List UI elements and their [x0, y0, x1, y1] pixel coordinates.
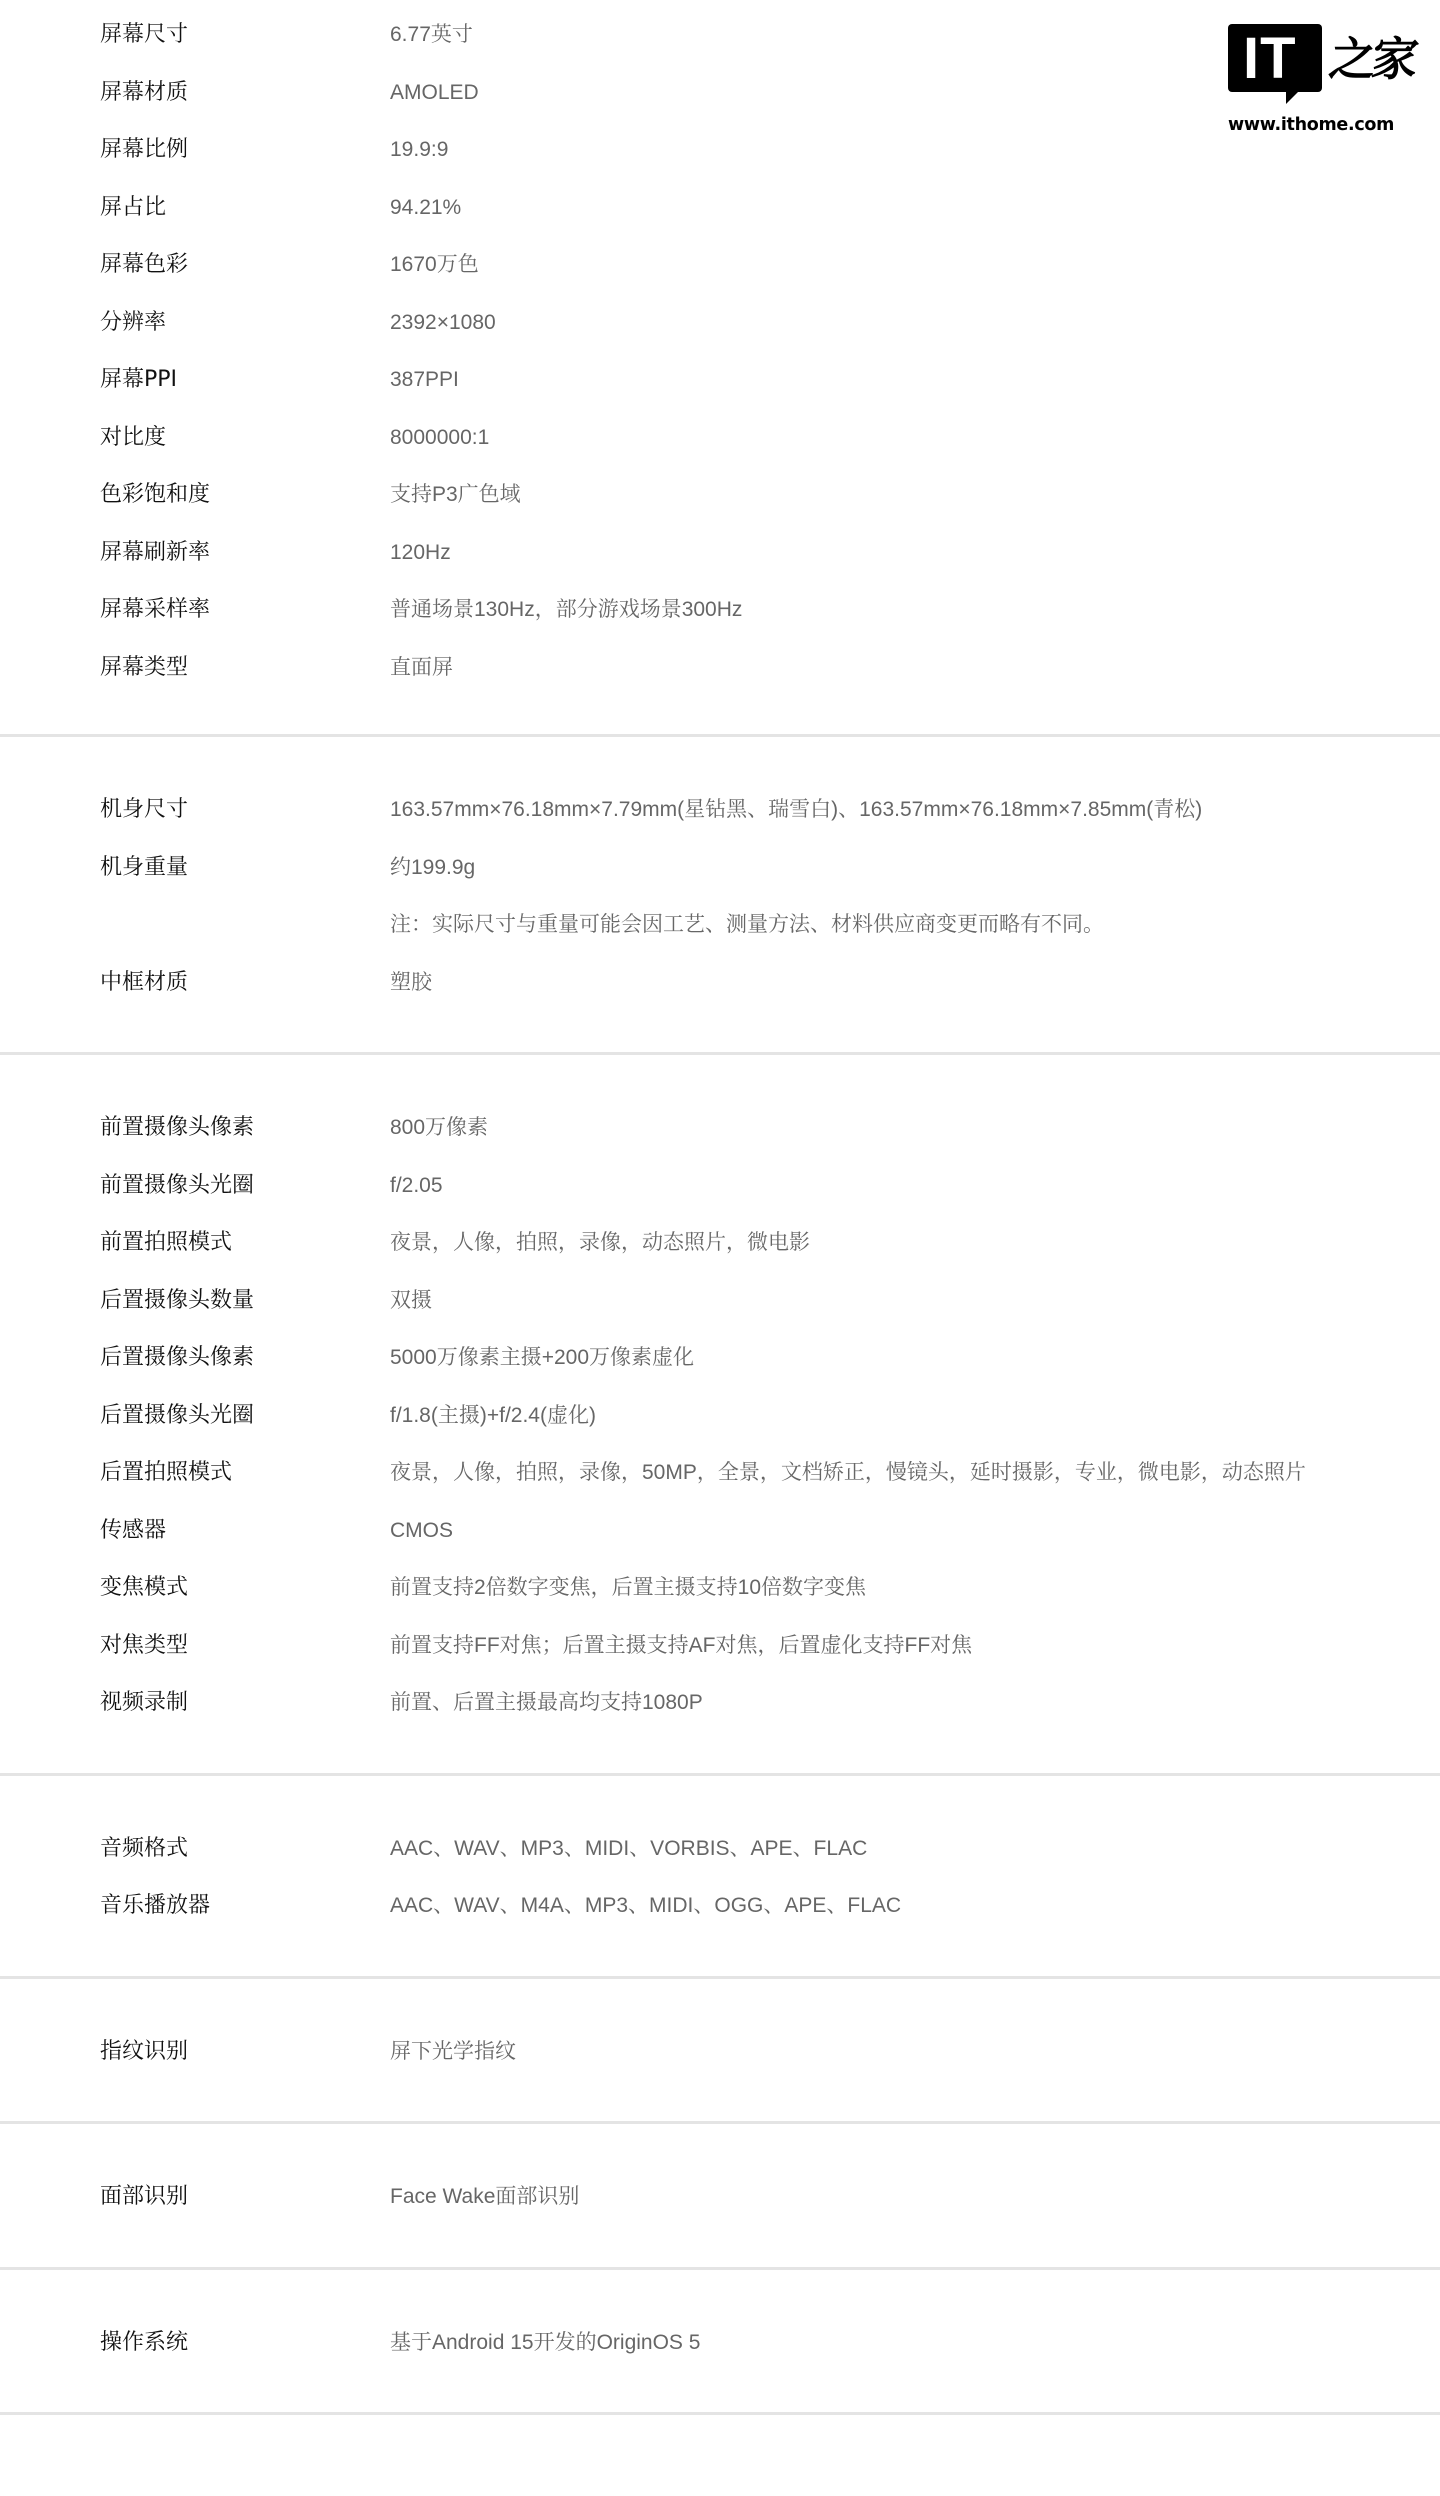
spec-row-focus-type: 对焦类型前置支持FF对焦；后置主摄支持AF对焦，后置虚化支持FF对焦: [0, 1617, 1440, 1675]
spec-label: 音乐播放器: [0, 1877, 390, 1935]
spec-value: 5000万像素主摄+200万像素虚化: [390, 1329, 1440, 1387]
spec-value: 屏下光学指纹: [390, 2023, 1440, 2081]
spec-value: 塑胶: [390, 954, 1440, 1012]
spec-value: 支持P3广色域: [390, 466, 1440, 524]
spec-value: 直面屏: [390, 639, 1440, 697]
spec-row-note: 注：实际尺寸与重量可能会因工艺、测量方法、材料供应商变更而略有不同。: [0, 896, 1440, 954]
spec-row-screen-colors: 屏幕色彩1670万色: [0, 236, 1440, 294]
spec-row-rear-camera-aperture: 后置摄像头光圈f/1.8(主摄)+f/2.4(虚化): [0, 1387, 1440, 1445]
section-os: 操作系统基于Android 15开发的OriginOS 5: [0, 2270, 1440, 2416]
spec-row-front-camera-pixels: 前置摄像头像素800万像素: [0, 1099, 1440, 1157]
spec-label: 前置摄像头像素: [0, 1099, 390, 1157]
logo-url: www.ithome.com: [1228, 114, 1420, 136]
spec-value: 2392×1080: [390, 294, 1440, 352]
spec-value: 基于Android 15开发的OriginOS 5: [390, 2314, 1440, 2372]
spec-row-video-recording: 视频录制前置、后置主摄最高均支持1080P: [0, 1674, 1440, 1732]
spec-row-frame-material: 中框材质塑胶: [0, 954, 1440, 1012]
spec-value: 夜景，人像，拍照，录像，50MP，全景，文档矫正，慢镜头，延时摄影，专业，微电影…: [390, 1444, 1350, 1502]
spec-label: 屏幕材质: [0, 64, 390, 122]
spec-value: 8000000:1: [390, 409, 1440, 467]
spec-label: 视频录制: [0, 1674, 390, 1732]
section-face-recognition: 面部识别Face Wake面部识别: [0, 2124, 1440, 2270]
spec-label: 后置摄像头光圈: [0, 1387, 390, 1445]
spec-row-sensor: 传感器CMOS: [0, 1502, 1440, 1560]
spec-row-refresh-rate: 屏幕刷新率120Hz: [0, 524, 1440, 582]
spec-value: 387PPI: [390, 351, 1440, 409]
spec-label: 屏幕采样率: [0, 581, 390, 639]
spec-row-face-recognition: 面部识别Face Wake面部识别: [0, 2168, 1440, 2226]
spec-value: 夜景，人像，拍照，录像，动态照片，微电影: [390, 1214, 1440, 1272]
spec-note: 注：实际尺寸与重量可能会因工艺、测量方法、材料供应商变更而略有不同。: [390, 896, 1440, 954]
spec-value: 约199.9g: [390, 839, 1440, 897]
spec-label: 屏幕PPI: [0, 351, 390, 409]
spec-row-screen-type: 屏幕类型直面屏: [0, 639, 1440, 697]
spec-label: 机身尺寸: [0, 781, 390, 839]
spec-value: AAC、WAV、M4A、MP3、MIDI、OGG、APE、FLAC: [390, 1877, 1440, 1935]
spec-row-music-player: 音乐播放器AAC、WAV、M4A、MP3、MIDI、OGG、APE、FLAC: [0, 1877, 1440, 1935]
spec-label: 后置拍照模式: [0, 1444, 390, 1502]
spec-label: 对比度: [0, 409, 390, 467]
spec-row-aspect-ratio: 屏幕比例19.9:9: [0, 121, 1440, 179]
spec-label: 传感器: [0, 1502, 390, 1560]
spec-row-dimensions: 机身尺寸163.57mm×76.18mm×7.79mm(星钻黑、瑞雪白)、163…: [0, 781, 1440, 839]
spec-row-resolution: 分辨率2392×1080: [0, 294, 1440, 352]
logo-chinese-text: 之家: [1325, 26, 1418, 92]
spec-row-weight: 机身重量约199.9g: [0, 839, 1440, 897]
spec-value: CMOS: [390, 1502, 1440, 1560]
logo-it-text: IT: [1243, 32, 1297, 86]
spec-value: 163.57mm×76.18mm×7.79mm(星钻黑、瑞雪白)、163.57m…: [390, 781, 1440, 839]
spec-sheet: 屏幕尺寸6.77英寸 屏幕材质AMOLED 屏幕比例19.9:9 屏占比94.2…: [0, 0, 1440, 2415]
section-body: 机身尺寸163.57mm×76.18mm×7.79mm(星钻黑、瑞雪白)、163…: [0, 737, 1440, 1055]
spec-value: AAC、WAV、MP3、MIDI、VORBIS、APE、FLAC: [390, 1820, 1440, 1878]
spec-value: 普通场景130Hz，部分游戏场景300Hz: [390, 581, 1440, 639]
spec-row-rear-camera-modes: 后置拍照模式夜景，人像，拍照，录像，50MP，全景，文档矫正，慢镜头，延时摄影，…: [0, 1444, 1440, 1502]
spec-value: 800万像素: [390, 1099, 1440, 1157]
spec-label: 屏幕类型: [0, 639, 390, 697]
spec-label: 分辨率: [0, 294, 390, 352]
spec-row-ppi: 屏幕PPI387PPI: [0, 351, 1440, 409]
spec-label: 机身重量: [0, 839, 390, 897]
spec-row-screen-to-body: 屏占比94.21%: [0, 179, 1440, 237]
spec-row-zoom-mode: 变焦模式前置支持2倍数字变焦，后置主摄支持10倍数字变焦: [0, 1559, 1440, 1617]
spec-label: 前置拍照模式: [0, 1214, 390, 1272]
spec-row-touch-sampling: 屏幕采样率普通场景130Hz，部分游戏场景300Hz: [0, 581, 1440, 639]
spec-row-audio-formats: 音频格式AAC、WAV、MP3、MIDI、VORBIS、APE、FLAC: [0, 1820, 1440, 1878]
spec-row-rear-camera-count: 后置摄像头数量双摄: [0, 1272, 1440, 1330]
spec-value: 前置、后置主摄最高均支持1080P: [390, 1674, 1440, 1732]
spec-value: f/2.05: [390, 1157, 1440, 1215]
spec-value: 1670万色: [390, 236, 1440, 294]
spec-label: 操作系统: [0, 2314, 390, 2372]
spec-label: 屏幕比例: [0, 121, 390, 179]
spec-row-front-camera-aperture: 前置摄像头光圈f/2.05: [0, 1157, 1440, 1215]
spec-value: f/1.8(主摄)+f/2.4(虚化): [390, 1387, 1440, 1445]
section-fingerprint: 指纹识别屏下光学指纹: [0, 1979, 1440, 2125]
spec-value: 120Hz: [390, 524, 1440, 582]
spec-label: 色彩饱和度: [0, 466, 390, 524]
spec-value: 前置支持2倍数字变焦，后置主摄支持10倍数字变焦: [390, 1559, 1440, 1617]
spec-label: 屏幕色彩: [0, 236, 390, 294]
spec-label: 前置摄像头光圈: [0, 1157, 390, 1215]
spec-label: 后置摄像头数量: [0, 1272, 390, 1330]
spec-value: 双摄: [390, 1272, 1440, 1330]
logo-speech-bubble-icon: IT: [1228, 24, 1322, 92]
spec-label: 面部识别: [0, 2168, 390, 2226]
spec-label: 对焦类型: [0, 1617, 390, 1675]
spec-row-os: 操作系统基于Android 15开发的OriginOS 5: [0, 2314, 1440, 2372]
spec-row-contrast: 对比度8000000:1: [0, 409, 1440, 467]
spec-label: 变焦模式: [0, 1559, 390, 1617]
section-audio: 音频格式AAC、WAV、MP3、MIDI、VORBIS、APE、FLAC 音乐播…: [0, 1776, 1440, 1979]
spec-row-rear-camera-pixels: 后置摄像头像素5000万像素主摄+200万像素虚化: [0, 1329, 1440, 1387]
spec-row-fingerprint: 指纹识别屏下光学指纹: [0, 2023, 1440, 2081]
spec-label: 中框材质: [0, 954, 390, 1012]
spec-value: 94.21%: [390, 179, 1440, 237]
ithome-watermark-logo: IT 之家 www.ithome.com: [1228, 24, 1420, 144]
spec-value: Face Wake面部识别: [390, 2168, 1440, 2226]
section-camera: 前置摄像头像素800万像素 前置摄像头光圈f/2.05 前置拍照模式夜景，人像，…: [0, 1055, 1440, 1776]
spec-value: 前置支持FF对焦；后置主摄支持AF对焦，后置虚化支持FF对焦: [390, 1617, 1440, 1675]
spec-row-color-gamut: 色彩饱和度支持P3广色域: [0, 466, 1440, 524]
spec-label: 后置摄像头像素: [0, 1329, 390, 1387]
spec-label: 屏幕刷新率: [0, 524, 390, 582]
spec-label: 屏占比: [0, 179, 390, 237]
section-display: 屏幕尺寸6.77英寸 屏幕材质AMOLED 屏幕比例19.9:9 屏占比94.2…: [0, 0, 1440, 737]
spec-row-screen-size: 屏幕尺寸6.77英寸: [0, 6, 1440, 64]
spec-row-screen-material: 屏幕材质AMOLED: [0, 64, 1440, 122]
spec-label: 指纹识别: [0, 2023, 390, 2081]
logo-bubble-tail-icon: [1286, 90, 1300, 104]
spec-row-front-camera-modes: 前置拍照模式夜景，人像，拍照，录像，动态照片，微电影: [0, 1214, 1440, 1272]
spec-label: 屏幕尺寸: [0, 6, 390, 64]
spec-label: 音频格式: [0, 1820, 390, 1878]
